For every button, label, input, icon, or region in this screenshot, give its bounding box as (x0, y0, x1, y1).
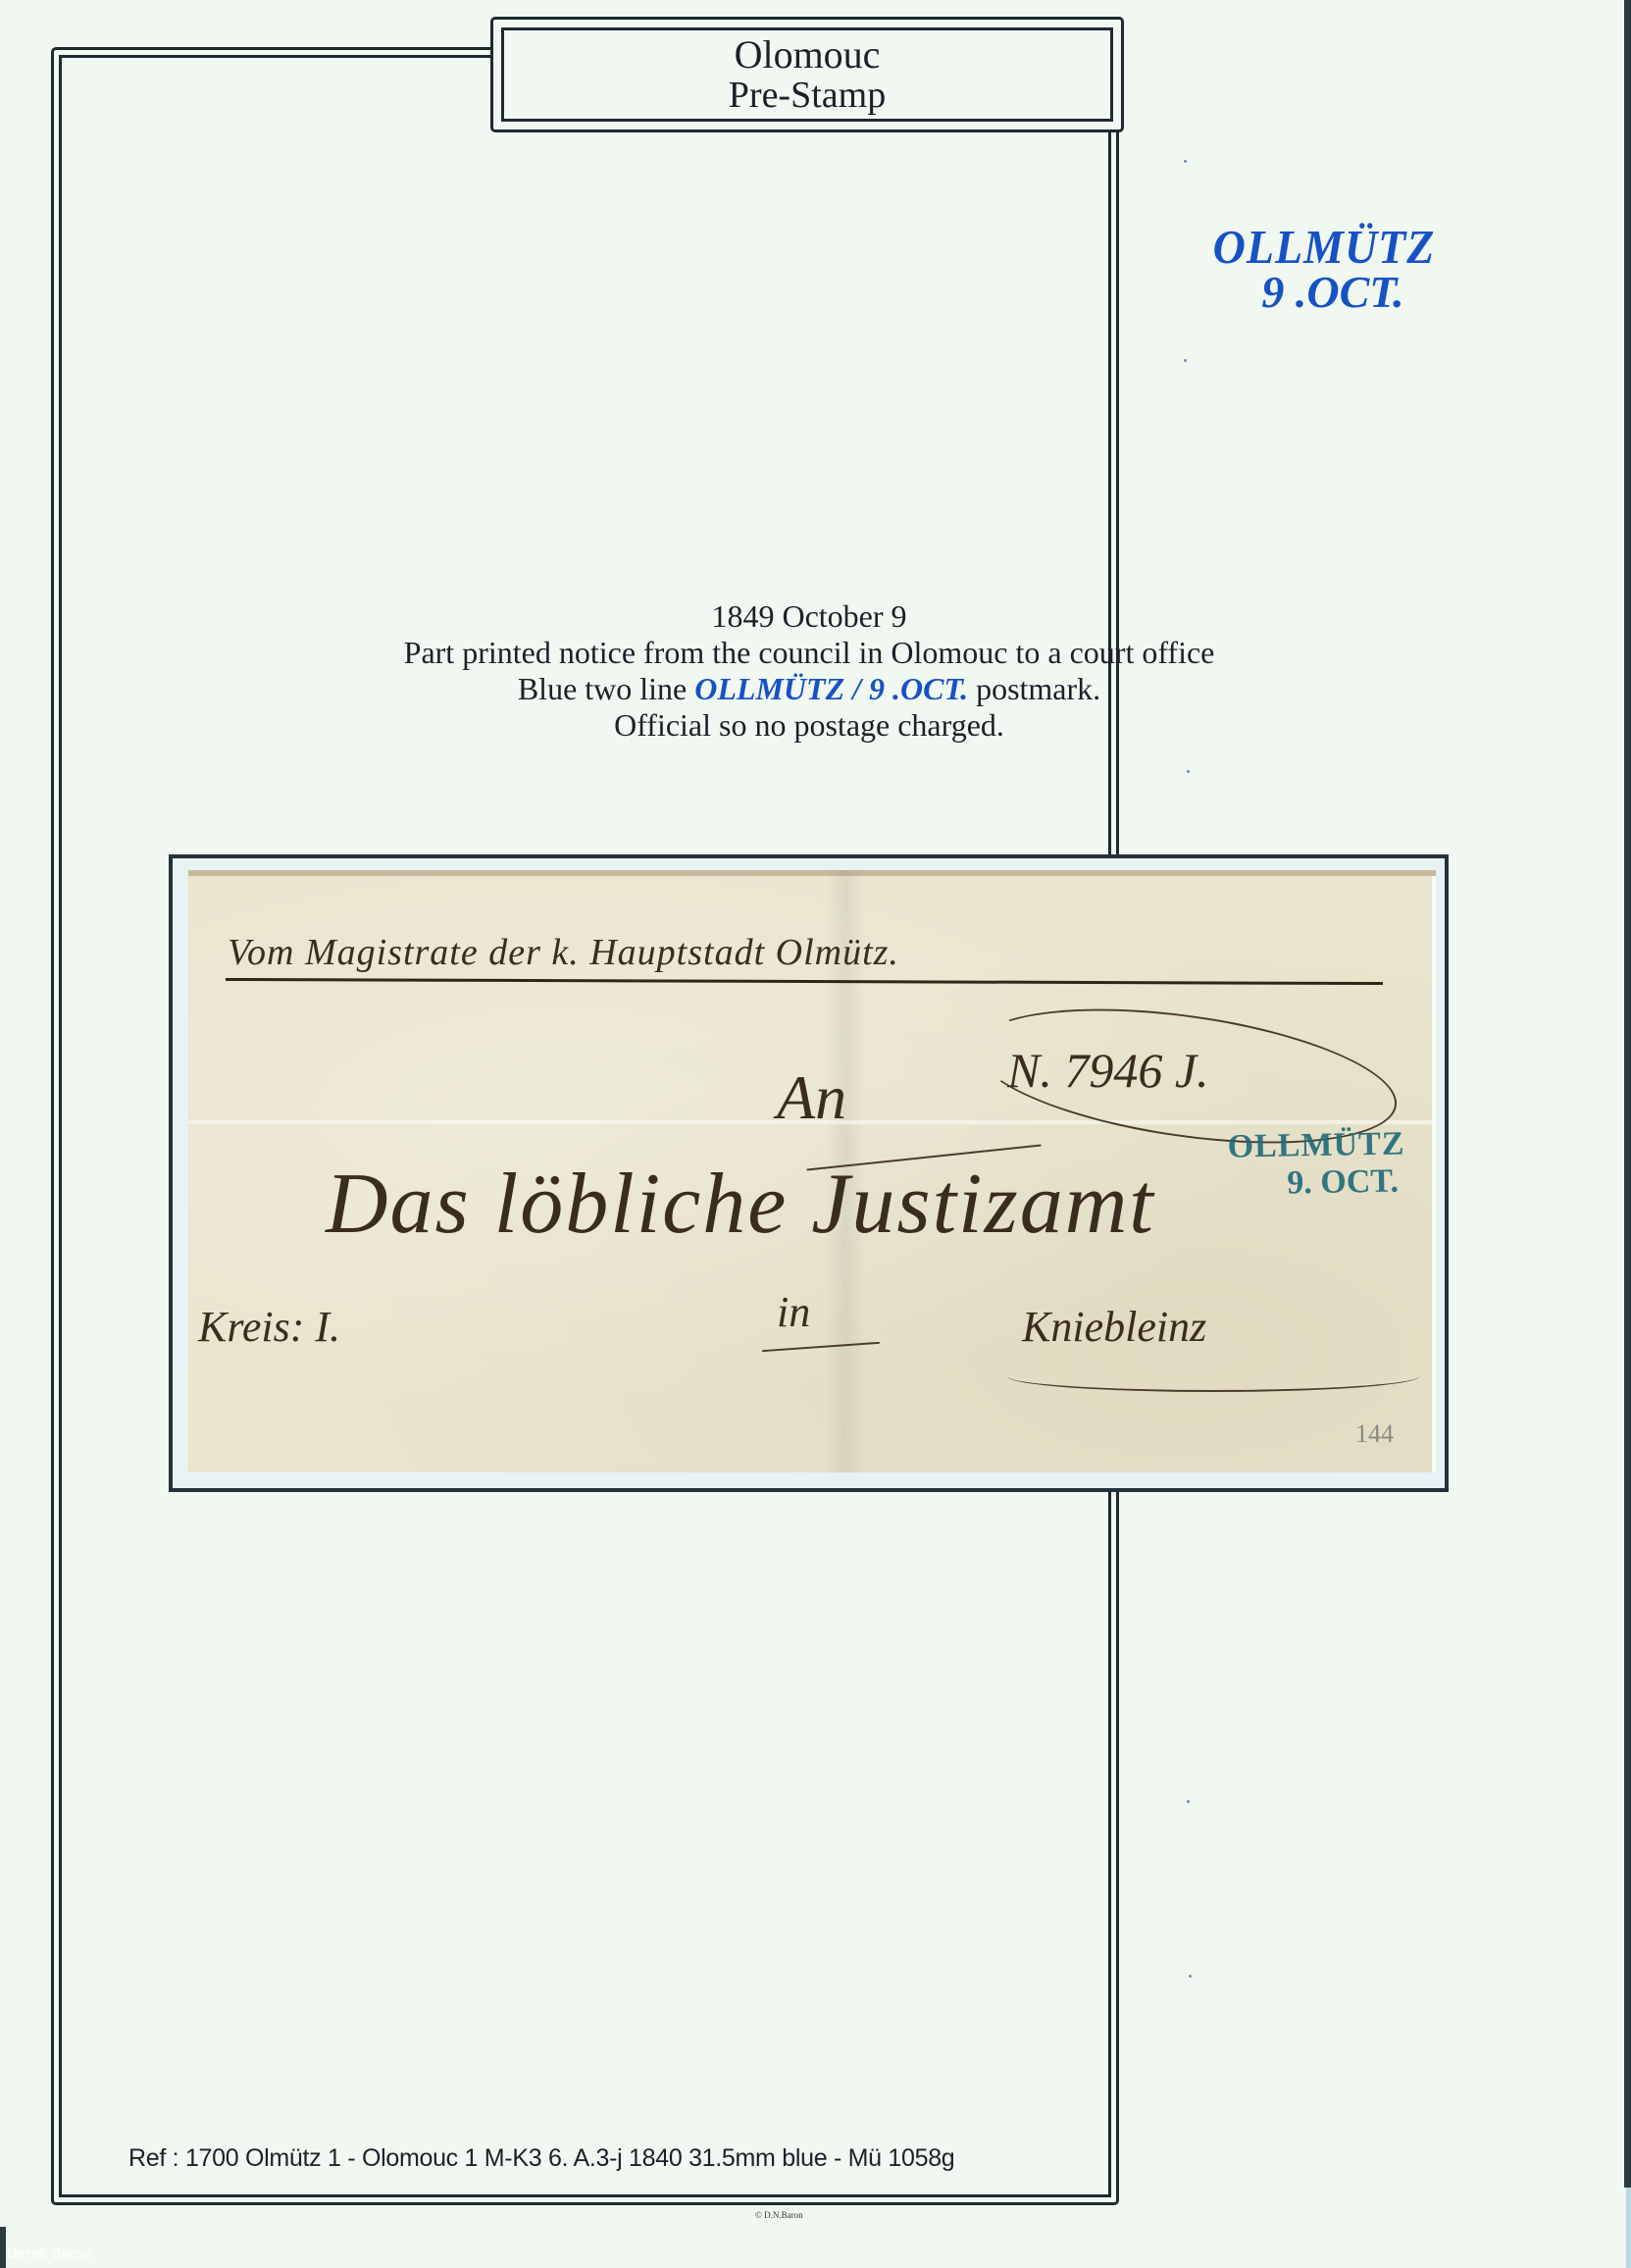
scan-edge-right (1624, 0, 1631, 2188)
description-postmark-line: Blue two line OLLMÜTZ / 9 .OCT. postmark… (69, 671, 1550, 707)
destination: Kniebleinz (1022, 1302, 1206, 1352)
description-block: 1849 October 9 Part printed notice from … (69, 598, 1550, 744)
district-note: Kreis: I. (198, 1302, 340, 1352)
watermark: Derek Baron (7, 2246, 92, 2262)
cover-postmark: OLLMÜTZ 9. OCT. (1227, 1125, 1405, 1203)
text: Blue two line (518, 671, 694, 706)
speck (1189, 1975, 1192, 1978)
text: postmark. (968, 671, 1100, 706)
reference-number: N. 7946 J. (1007, 1042, 1209, 1099)
reference-line: Ref : 1700 Olmütz 1 - Olomouc 1 M-K3 6. … (128, 2144, 954, 2173)
page-title: Olomouc (735, 34, 881, 76)
title-box-inner: Olomouc Pre-Stamp (501, 27, 1113, 122)
scan-edge-right-low (1626, 2188, 1631, 2268)
scan-edge-left (0, 2227, 6, 2268)
sender-underline (226, 978, 1383, 985)
copyright: © D.N.Baron (755, 2210, 803, 2220)
preposition: in (777, 1287, 810, 1337)
description-line: Official so no postage charged. (69, 707, 1550, 744)
cover-postmark-line2: 9. OCT. (1228, 1162, 1405, 1203)
pencil-note: 144 (1355, 1419, 1394, 1449)
reference-postmark-line1: OLLMÜTZ (1192, 223, 1456, 272)
cover-letter-image: Vom Magistrate der k. Hauptstadt Olmütz.… (188, 870, 1436, 1472)
title-box: Olomouc Pre-Stamp (490, 17, 1124, 132)
page-subtitle: Pre-Stamp (729, 76, 886, 115)
sender-line: Vom Magistrate der k. Hauptstadt Olmütz. (228, 931, 899, 974)
reference-postmark-line2: 9 .OCT. (1192, 271, 1456, 314)
addressee: Das löbliche Justizamt (326, 1155, 1155, 1254)
cover-mount: Vom Magistrate der k. Hauptstadt Olmütz.… (169, 854, 1449, 1492)
destination-flourish (1007, 1361, 1419, 1392)
salutation: An (777, 1061, 846, 1134)
speck (1184, 160, 1187, 163)
speck (1187, 1800, 1190, 1803)
reference-postmark-illustration: OLLMÜTZ 9 .OCT. (1192, 224, 1456, 314)
speck (1187, 770, 1190, 773)
speck (1184, 359, 1187, 362)
cover-postmark-line1: OLLMÜTZ (1227, 1125, 1404, 1165)
description-date: 1849 October 9 (69, 598, 1550, 635)
postmark-name: OLLMÜTZ / 9 .OCT. (694, 671, 968, 706)
description-line: Part printed notice from the council in … (69, 635, 1550, 671)
